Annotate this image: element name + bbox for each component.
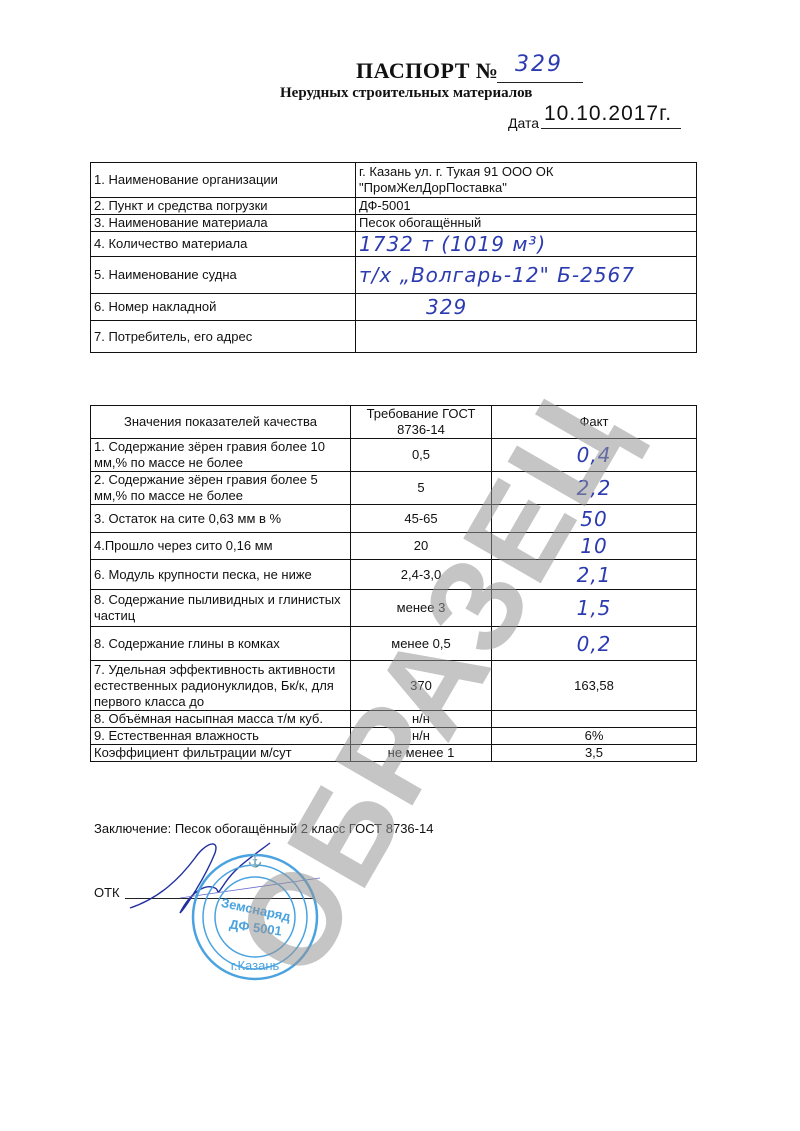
quality-requirement: 20 (351, 533, 492, 560)
quality-fact: 2,2 (492, 472, 697, 505)
quality-requirement: 5 (351, 472, 492, 505)
info-row: 5. Наименование суднат/х „Волгарь-12" Б-… (91, 257, 697, 294)
info-row: 3. Наименование материалаПесок обогащённ… (91, 215, 697, 232)
passport-number-field: 329 (497, 56, 583, 83)
quality-fact: 50 (492, 505, 697, 533)
quality-row: 9. Естественная влажностьн/н6% (91, 728, 697, 745)
quality-fact: 0,4 (492, 439, 697, 472)
info-row: 1. Наименование организацииг. Казань ул.… (91, 163, 697, 198)
date-value: 10.10.2017г. (544, 102, 672, 126)
quality-row: 8. Содержание глины в комкахменее 0,50,2 (91, 627, 697, 661)
info-value (356, 321, 697, 353)
quality-row: 8. Содержание пыливидных и глинистых час… (91, 590, 697, 627)
header-fact: Факт (492, 406, 697, 439)
quality-indicator: Коэффициент фильтрации м/сут (91, 745, 351, 762)
quality-indicator: 2. Содержание зёрен гравия более 5 мм,% … (91, 472, 351, 505)
quality-row: 6. Модуль крупности песка, не ниже2,4-3,… (91, 560, 697, 590)
info-value: 1732 т (1019 м³) (356, 232, 697, 257)
quality-table-header: Значения показателей качества Требование… (91, 406, 697, 439)
quality-fact: 10 (492, 533, 697, 560)
quality-indicator: 3. Остаток на сите 0,63 мм в % (91, 505, 351, 533)
info-value: г. Казань ул. г. Тукая 91 ООО ОК "ПромЖе… (356, 163, 697, 198)
quality-requirement: 0,5 (351, 439, 492, 472)
quality-fact: 163,58 (492, 661, 697, 711)
info-row: 2. Пункт и средства погрузкиДФ-5001 (91, 198, 697, 215)
quality-fact: 6% (492, 728, 697, 745)
svg-text:г.Казань: г.Казань (231, 958, 280, 973)
quality-requirement: не менее 1 (351, 745, 492, 762)
info-row: 6. Номер накладной329 (91, 294, 697, 321)
date-label: Дата (508, 115, 539, 131)
quality-row: 4.Прошло через сито 0,16 мм2010 (91, 533, 697, 560)
quality-row: 8. Объёмная насыпная масса т/м куб.н/н (91, 711, 697, 728)
quality-row: 1. Содержание зёрен гравия более 10 мм,%… (91, 439, 697, 472)
quality-fact: 1,5 (492, 590, 697, 627)
passport-title: ПАСПОРТ № (356, 58, 499, 84)
info-table: 1. Наименование организацииг. Казань ул.… (90, 162, 697, 353)
header-indicator: Значения показателей качества (91, 406, 351, 439)
quality-indicator: 8. Содержание глины в комках (91, 627, 351, 661)
quality-requirement: 2,4-3,0 (351, 560, 492, 590)
passport-subtitle: Нерудных строительных материалов (280, 85, 532, 102)
quality-indicator: 8. Объёмная насыпная масса т/м куб. (91, 711, 351, 728)
quality-row: 2. Содержание зёрен гравия более 5 мм,% … (91, 472, 697, 505)
info-label: 1. Наименование организации (91, 163, 356, 198)
info-value: 329 (356, 294, 697, 321)
quality-row: Коэффициент фильтрации м/сутне менее 13,… (91, 745, 697, 762)
info-value: Песок обогащённый (356, 215, 697, 232)
quality-fact: 2,1 (492, 560, 697, 590)
quality-row: 3. Остаток на сите 0,63 мм в %45-6550 (91, 505, 697, 533)
quality-requirement: 370 (351, 661, 492, 711)
info-label: 2. Пункт и средства погрузки (91, 198, 356, 215)
quality-table: Значения показателей качества Требование… (90, 405, 697, 762)
quality-fact: 3,5 (492, 745, 697, 762)
quality-indicator: 1. Содержание зёрен гравия более 10 мм,%… (91, 439, 351, 472)
info-label: 6. Номер накладной (91, 294, 356, 321)
info-row: 7. Потребитель, его адрес (91, 321, 697, 353)
info-label: 4. Количество материала (91, 232, 356, 257)
quality-requirement: н/н (351, 711, 492, 728)
quality-indicator: 6. Модуль крупности песка, не ниже (91, 560, 351, 590)
passport-number: 329 (515, 52, 563, 77)
date-field: 10.10.2017г. (541, 106, 681, 129)
quality-indicator: 7. Удельная эффективность активности ест… (91, 661, 351, 711)
quality-fact: 0,2 (492, 627, 697, 661)
quality-indicator: 9. Естественная влажность (91, 728, 351, 745)
header-requirement: Требование ГОСТ 8736-14 (351, 406, 492, 439)
conclusion: Заключение: Песок обогащённый 2 класс ГО… (94, 821, 433, 836)
info-value: т/х „Волгарь-12" Б-2567 (356, 257, 697, 294)
quality-requirement: 45-65 (351, 505, 492, 533)
quality-requirement: менее 3 (351, 590, 492, 627)
quality-requirement: менее 0,5 (351, 627, 492, 661)
quality-indicator: 4.Прошло через сито 0,16 мм (91, 533, 351, 560)
quality-indicator: 8. Содержание пыливидных и глинистых час… (91, 590, 351, 627)
info-label: 5. Наименование судна (91, 257, 356, 294)
stamp: Земснаряд ДФ 5001 г.Казань ⚓ (190, 852, 320, 982)
svg-text:⚓: ⚓ (248, 854, 263, 868)
info-label: 3. Наименование материала (91, 215, 356, 232)
info-value: ДФ-5001 (356, 198, 697, 215)
info-label: 7. Потребитель, его адрес (91, 321, 356, 353)
info-row: 4. Количество материала1732 т (1019 м³) (91, 232, 697, 257)
quality-fact (492, 711, 697, 728)
quality-requirement: н/н (351, 728, 492, 745)
otk-label: ОТК (94, 885, 120, 900)
quality-row: 7. Удельная эффективность активности ест… (91, 661, 697, 711)
